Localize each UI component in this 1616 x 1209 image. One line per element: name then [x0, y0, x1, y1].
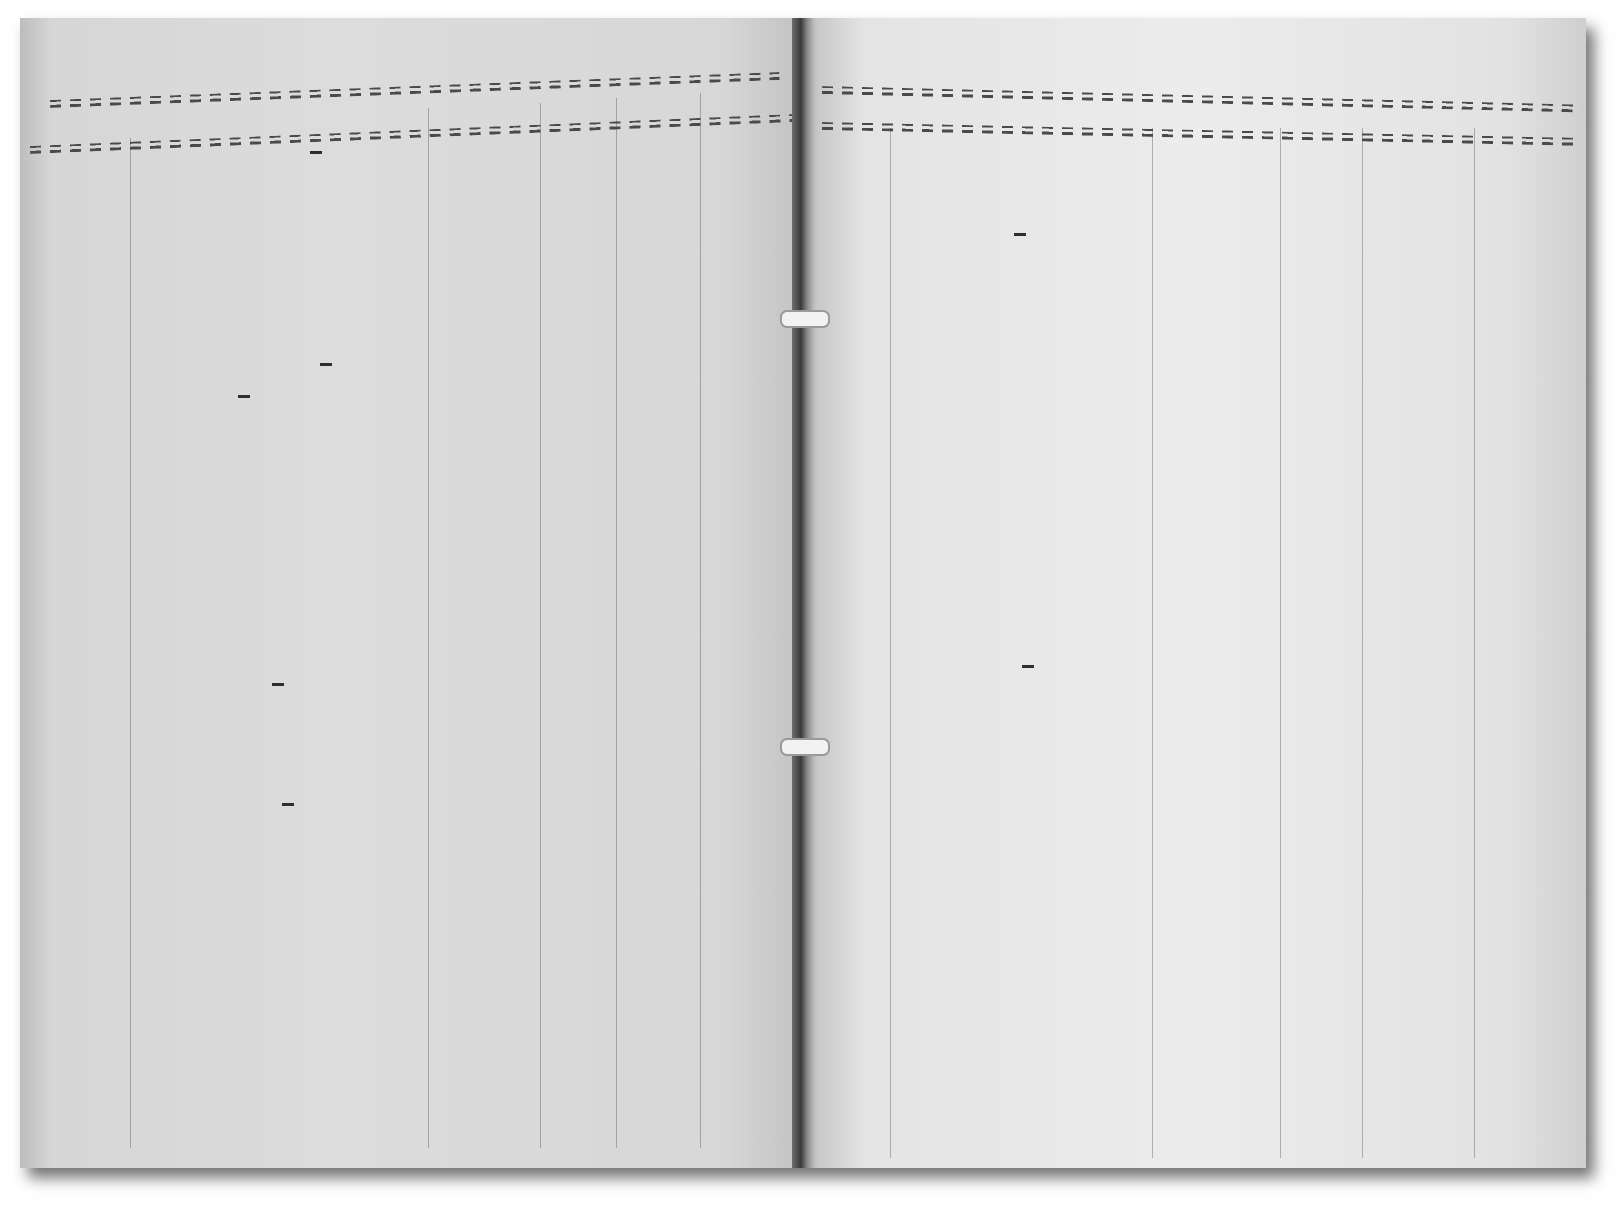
column-divider: [890, 128, 891, 1158]
book-spread: [20, 18, 1586, 1168]
column-divider: [130, 138, 131, 1148]
binding-ring: [780, 310, 830, 328]
binding-ring: [780, 738, 830, 756]
section-heading: [1014, 232, 1026, 236]
table-row: [20, 196, 800, 276]
section-heading: [1022, 664, 1034, 668]
header-rule-top: [50, 72, 780, 108]
header-rule-top: [822, 86, 1582, 113]
section-heading: [282, 802, 294, 806]
header-rule-bottom: [822, 122, 1582, 146]
page-9: [802, 18, 1586, 1168]
section-heading: [310, 150, 322, 154]
book-spine: [792, 18, 814, 1168]
section-heading: [320, 362, 332, 366]
header-rule-bottom: [30, 114, 800, 154]
section-heading: [272, 682, 284, 686]
column-divider: [1280, 128, 1281, 1158]
column-divider: [1152, 128, 1153, 1158]
column-divider: [1362, 128, 1363, 1158]
page-8: [20, 18, 802, 1168]
column-divider: [1474, 128, 1475, 1158]
section-heading: [238, 394, 250, 398]
